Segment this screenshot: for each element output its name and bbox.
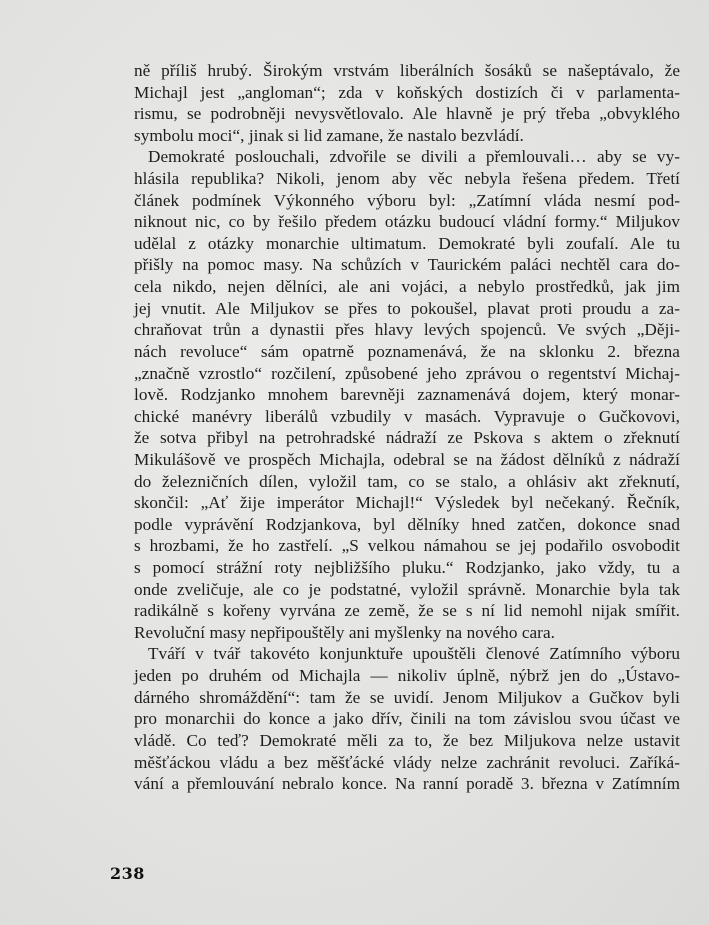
text-line: lově. Rodzjanko mnohem barevněji zazname… xyxy=(134,384,680,406)
text-line: Michajl jest „angloman“; zda v koňských … xyxy=(134,82,680,104)
text-line: ně příliš hrubý. Širokým vrstvám liberál… xyxy=(134,60,680,82)
page-number: 238 xyxy=(110,864,145,883)
text-line: cela nikdo, nejen dělníci, ale ani vojác… xyxy=(134,276,680,298)
text-line: radikálně s kořeny vyrvána ze země, že s… xyxy=(134,600,680,622)
book-page: ně příliš hrubý. Širokým vrstvám liberál… xyxy=(0,0,709,925)
text-line: onde zveličuje, ale co je podstatné, vyl… xyxy=(134,579,680,601)
text-line: symbolu moci“, jinak si lid zamane, že n… xyxy=(134,125,680,147)
paragraph-1: ně příliš hrubý. Širokým vrstvám liberál… xyxy=(134,60,680,146)
text-line: Demokraté poslouchali, zdvořile se divil… xyxy=(134,146,680,168)
text-line: chraňovat trůn a dynastii přes hlavy lev… xyxy=(134,319,680,341)
text-line: do železničních dílen, vyložil tam, co s… xyxy=(134,471,680,493)
text-line: jej vnutit. Ale Miljukov se přes to poko… xyxy=(134,298,680,320)
text-line: vládě. Co teď? Demokraté měli za to, že … xyxy=(134,730,680,752)
text-line: „značně vzrostlo“ rozčilení, způsobené j… xyxy=(134,363,680,385)
text-line: že sotva přibyl na petrohradské nádraží … xyxy=(134,427,680,449)
text-line: udělal z otázky monarchie ultimatum. Dem… xyxy=(134,233,680,255)
text-line: Tváří v tvář takovéto konjunktuře upoušt… xyxy=(134,643,680,665)
text-line: dárného shromáždění“: tam že se uvidí. J… xyxy=(134,687,680,709)
text-line: podle vyprávění Rodzjankova, byl dělníky… xyxy=(134,514,680,536)
text-line: nách revoluce“ sám opatrně poznamenává, … xyxy=(134,341,680,363)
text-line: s pomocí strážní roty nejbližšího pluku.… xyxy=(134,557,680,579)
text-line: jeden po druhém od Michajla — nikoliv úp… xyxy=(134,665,680,687)
text-line: hlásila republika? Nikoli, jenom aby věc… xyxy=(134,168,680,190)
text-line: niknout nic, co by řešilo předem otázku … xyxy=(134,211,680,233)
text-line: rismu, se podrobněji nevysvětlovalo. Ale… xyxy=(134,103,680,125)
text-line: měšťáckou vládu a bez měšťácké vlády nel… xyxy=(134,752,680,774)
text-line: přišly na pomoc masy. Na schůzích v Taur… xyxy=(134,254,680,276)
text-line: vání a přemlouvání nebralo konce. Na ran… xyxy=(134,773,680,795)
text-line: Mikulášově ve prospěch Michajla, odebral… xyxy=(134,449,680,471)
text-line: článek podmínek Výkonného výboru byl: „Z… xyxy=(134,190,680,212)
paragraph-3: Tváří v tvář takovéto konjunktuře upoušt… xyxy=(134,643,680,794)
text-line: s hrozbami, že ho zastřelí. „S velkou ná… xyxy=(134,535,680,557)
text-line: skončil: „Ať žije imperátor Michajl!“ Vý… xyxy=(134,492,680,514)
text-line: chické manévry liberálů vzbudily v masác… xyxy=(134,406,680,428)
paragraph-2: Demokraté poslouchali, zdvořile se divil… xyxy=(134,146,680,643)
text-line: Revoluční masy nepřipouštěly ani myšlenk… xyxy=(134,622,680,644)
text-line: pro monarchii do konce a jako dřív, čini… xyxy=(134,708,680,730)
body-text: ně příliš hrubý. Širokým vrstvám liberál… xyxy=(134,60,680,795)
